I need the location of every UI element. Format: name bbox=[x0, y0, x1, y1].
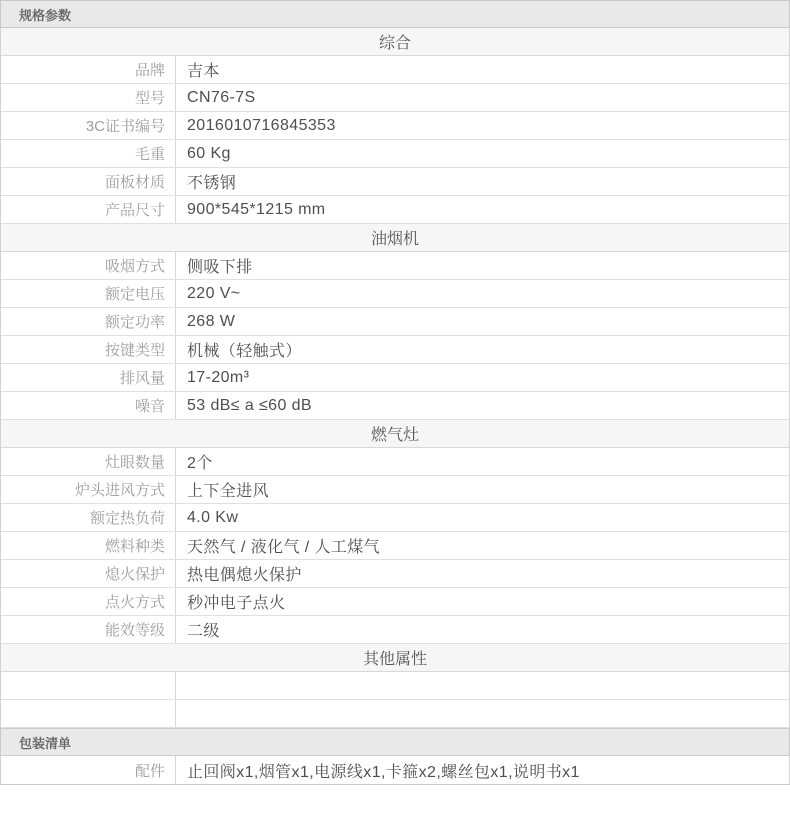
row-value: 止回阀x1,烟管x1,电源线x1,卡箍x2,螺丝包x1,说明书x1 bbox=[176, 756, 789, 784]
row-label: 额定电压 bbox=[1, 280, 176, 307]
row-rated-voltage: 额定电压 220 V~ bbox=[1, 280, 789, 308]
row-burner-count: 灶眼数量 2个 bbox=[1, 448, 789, 476]
row-label: 噪音 bbox=[1, 392, 176, 419]
row-value: 不锈钢 bbox=[176, 168, 789, 195]
row-ignition-type: 点火方式 秒冲电子点火 bbox=[1, 588, 789, 616]
row-value: 上下全进风 bbox=[176, 476, 789, 503]
row-value: 2个 bbox=[176, 448, 789, 475]
row-gross-weight: 毛重 60 Kg bbox=[1, 140, 789, 168]
spec-table: 综合 品牌 吉本 型号 CN76-7S 3C证书编号 2016010716845… bbox=[0, 28, 790, 785]
section-title: 燃气灶 bbox=[371, 422, 419, 445]
row-value: 天然气 / 液化气 / 人工煤气 bbox=[176, 532, 789, 559]
section-header-other-attributes: 其他属性 bbox=[1, 644, 789, 672]
section-header-general: 综合 bbox=[1, 28, 789, 56]
row-brand: 品牌 吉本 bbox=[1, 56, 789, 84]
row-value: 17-20m³ bbox=[176, 364, 789, 391]
row-label: 炉头进风方式 bbox=[1, 476, 176, 503]
row-value: 秒冲电子点火 bbox=[176, 588, 789, 615]
row-label: 3C证书编号 bbox=[1, 112, 176, 139]
row-label: 额定功率 bbox=[1, 308, 176, 335]
row-value: 60 Kg bbox=[176, 140, 789, 167]
row-rated-heat-load: 额定热负荷 4.0 Kw bbox=[1, 504, 789, 532]
spec-header-bar: 规格参数 bbox=[0, 0, 790, 28]
row-value: 侧吸下排 bbox=[176, 252, 789, 279]
section-header-range-hood: 油烟机 bbox=[1, 224, 789, 252]
row-panel-material: 面板材质 不锈钢 bbox=[1, 168, 789, 196]
row-noise: 噪音 53 dB≤ a ≤60 dB bbox=[1, 392, 789, 420]
row-value: 4.0 Kw bbox=[176, 504, 789, 531]
row-value bbox=[176, 672, 789, 699]
section-title: 其他属性 bbox=[363, 646, 427, 669]
row-value: 268 W bbox=[176, 308, 789, 335]
row-button-type: 按键类型 机械（轻触式） bbox=[1, 336, 789, 364]
row-label: 能效等级 bbox=[1, 616, 176, 643]
row-label: 面板材质 bbox=[1, 168, 176, 195]
spec-header-title: 规格参数 bbox=[19, 5, 71, 24]
row-label: 毛重 bbox=[1, 140, 176, 167]
packing-list-title: 包装清单 bbox=[19, 733, 71, 752]
row-label: 点火方式 bbox=[1, 588, 176, 615]
row-model: 型号 CN76-7S bbox=[1, 84, 789, 112]
product-spec-page: 规格参数 综合 品牌 吉本 型号 CN76-7S 3C证书编号 20160107… bbox=[0, 0, 790, 785]
row-empty-1 bbox=[1, 672, 789, 700]
row-energy-rating: 能效等级 二级 bbox=[1, 616, 789, 644]
row-value: 900*545*1215 mm bbox=[176, 196, 789, 223]
row-flameout-protection: 熄火保护 热电偶熄火保护 bbox=[1, 560, 789, 588]
row-value: 2016010716845353 bbox=[176, 112, 789, 139]
row-product-size: 产品尺寸 900*545*1215 mm bbox=[1, 196, 789, 224]
row-accessories: 配件 止回阀x1,烟管x1,电源线x1,卡箍x2,螺丝包x1,说明书x1 bbox=[1, 756, 789, 784]
row-value: 热电偶熄火保护 bbox=[176, 560, 789, 587]
row-label bbox=[1, 672, 176, 699]
row-label: 产品尺寸 bbox=[1, 196, 176, 223]
section-title: 油烟机 bbox=[371, 226, 419, 249]
row-value bbox=[176, 700, 789, 727]
row-value: 吉本 bbox=[176, 56, 789, 83]
row-label: 品牌 bbox=[1, 56, 176, 83]
section-header-gas-stove: 燃气灶 bbox=[1, 420, 789, 448]
row-fuel-type: 燃料种类 天然气 / 液化气 / 人工煤气 bbox=[1, 532, 789, 560]
row-3c-cert-number: 3C证书编号 2016010716845353 bbox=[1, 112, 789, 140]
row-value: 53 dB≤ a ≤60 dB bbox=[176, 392, 789, 419]
row-label: 型号 bbox=[1, 84, 176, 111]
row-air-volume: 排风量 17-20m³ bbox=[1, 364, 789, 392]
row-burner-air-intake: 炉头进风方式 上下全进风 bbox=[1, 476, 789, 504]
packing-list-header-bar: 包装清单 bbox=[0, 728, 790, 756]
row-label: 排风量 bbox=[1, 364, 176, 391]
row-smoke-extraction-type: 吸烟方式 侧吸下排 bbox=[1, 252, 789, 280]
row-label: 配件 bbox=[1, 756, 176, 784]
row-rated-power: 额定功率 268 W bbox=[1, 308, 789, 336]
section-title: 综合 bbox=[379, 30, 411, 53]
row-value: 机械（轻触式） bbox=[176, 336, 789, 363]
row-label: 吸烟方式 bbox=[1, 252, 176, 279]
row-label: 灶眼数量 bbox=[1, 448, 176, 475]
row-label bbox=[1, 700, 176, 727]
row-label: 按键类型 bbox=[1, 336, 176, 363]
row-value: CN76-7S bbox=[176, 84, 789, 111]
row-label: 额定热负荷 bbox=[1, 504, 176, 531]
row-label: 燃料种类 bbox=[1, 532, 176, 559]
row-empty-2 bbox=[1, 700, 789, 728]
row-label: 熄火保护 bbox=[1, 560, 176, 587]
row-value: 220 V~ bbox=[176, 280, 789, 307]
row-value: 二级 bbox=[176, 616, 789, 643]
